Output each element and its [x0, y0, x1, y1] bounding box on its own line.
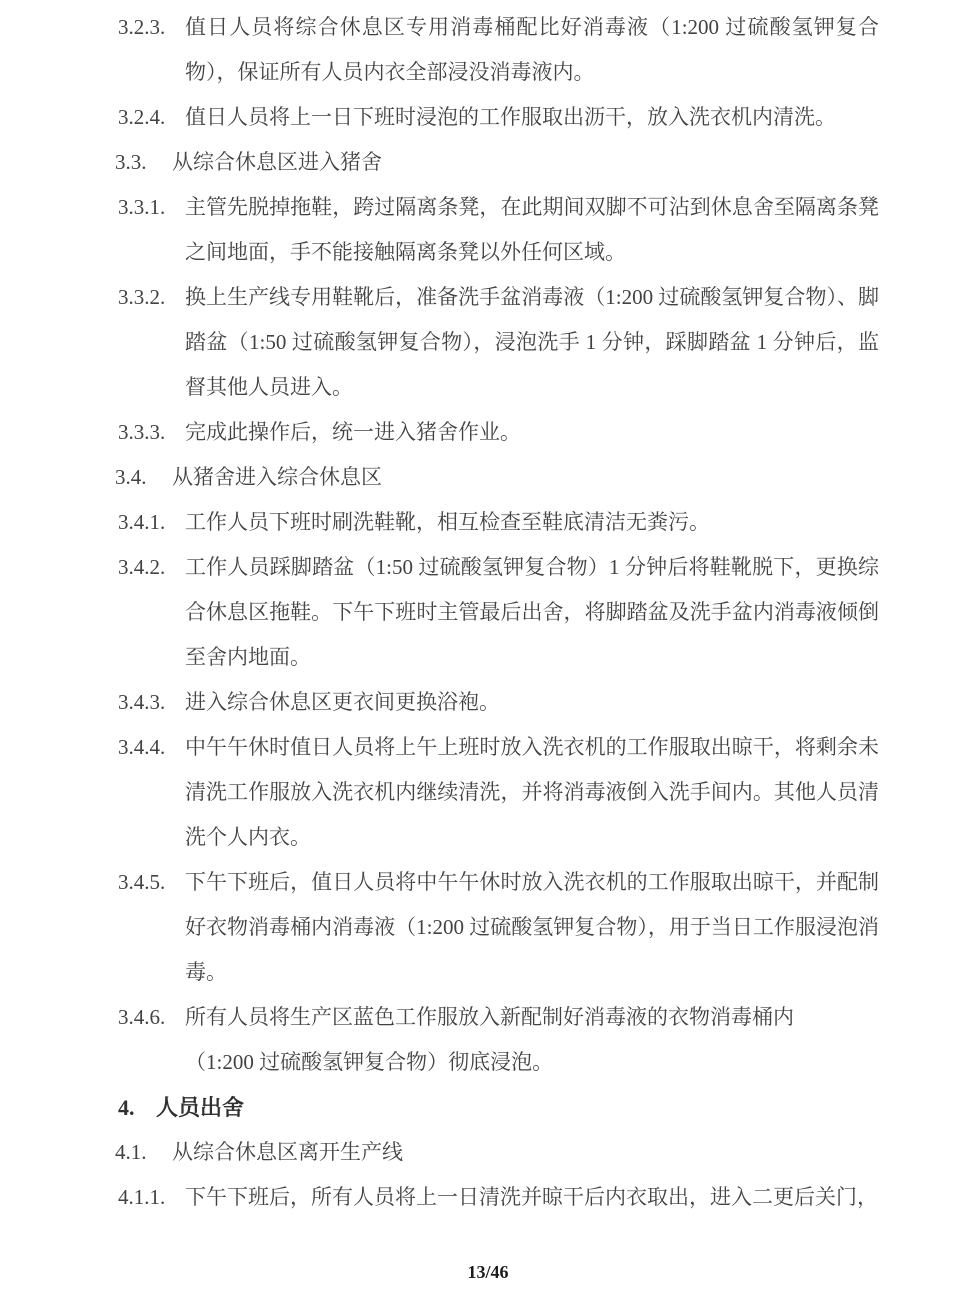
document-page: 3.2.3.值日人员将综合休息区专用消毒桶配比好消毒液（1:200 过硫酸氢钾复… — [0, 0, 976, 1302]
item-number: 3.4.5. — [118, 860, 165, 905]
item-text: 所有人员将生产区蓝色工作服放入新配制好消毒液的衣物消毒桶内 （1:200 过硫酸… — [185, 1005, 794, 1074]
item-text: 下午下班后，值日人员将中午午休时放入洗衣机的工作服取出晾干，并配制好衣物消毒桶内… — [185, 870, 879, 984]
document-body: 3.2.3.值日人员将综合休息区专用消毒桶配比好消毒液（1:200 过硫酸氢钾复… — [0, 5, 976, 1220]
list-item: 3.4.6.所有人员将生产区蓝色工作服放入新配制好消毒液的衣物消毒桶内 （1:2… — [0, 995, 976, 1085]
list-item: 3.2.3.值日人员将综合休息区专用消毒桶配比好消毒液（1:200 过硫酸氢钾复… — [0, 5, 976, 95]
item-text: 值日人员将综合休息区专用消毒桶配比好消毒液（1:200 过硫酸氢钾复合物），保证… — [185, 15, 879, 84]
list-item: 3.3.1.主管先脱掉拖鞋，跨过隔离条凳，在此期间双脚不可沾到休息舍至隔离条凳之… — [0, 185, 976, 275]
item-number: 3.4.2. — [118, 545, 165, 590]
item-number: 4.1.1. — [118, 1175, 165, 1220]
list-item: 3.4.2.工作人员踩脚踏盆（1:50 过硫酸氢钾复合物）1 分钟后将鞋靴脱下，… — [0, 545, 976, 680]
item-number: 3.2.3. — [118, 5, 165, 50]
list-item: 3.3.3.完成此操作后，统一进入猪舍作业。 — [0, 410, 976, 455]
item-number: 3.2.4. — [118, 95, 165, 140]
item-number: 3.4.6. — [118, 995, 165, 1040]
item-number: 3.3.2. — [118, 275, 165, 320]
list-item: 3.3.2.换上生产线专用鞋靴后，准备洗手盆消毒液（1:200 过硫酸氢钾复合物… — [0, 275, 976, 410]
item-text: 中午午休时值日人员将上午上班时放入洗衣机的工作服取出晾干，将剩余未清洗工作服放入… — [185, 735, 879, 849]
item-text: 从综合休息区离开生产线 — [172, 1140, 403, 1164]
list-item: 3.2.4.值日人员将上一日下班时浸泡的工作服取出沥干，放入洗衣机内清洗。 — [0, 95, 976, 140]
list-item: 3.4.3.进入综合休息区更衣间更换浴袍。 — [0, 680, 976, 725]
item-text: 从综合休息区进入猪舍 — [172, 150, 382, 174]
item-number: 3.3. — [115, 140, 147, 185]
item-number: 3.4.1. — [118, 500, 165, 545]
section-heading: 4.人员出舍 — [0, 1085, 976, 1130]
item-text: 下午下班后，所有人员将上一日清洗并晾干后内衣取出，进入二更后关门， — [185, 1185, 878, 1209]
item-number: 3.3.1. — [118, 185, 165, 230]
list-item: 3.4.4.中午午休时值日人员将上午上班时放入洗衣机的工作服取出晾干，将剩余未清… — [0, 725, 976, 860]
list-item: 3.4.1.工作人员下班时刷洗鞋靴，相互检查至鞋底清洁无粪污。 — [0, 500, 976, 545]
item-text: 工作人员踩脚踏盆（1:50 过硫酸氢钾复合物）1 分钟后将鞋靴脱下，更换综合休息… — [185, 555, 879, 669]
page-number: 13/46 — [467, 1262, 508, 1282]
item-number: 3.4.4. — [118, 725, 165, 770]
item-number: 4.1. — [115, 1130, 147, 1175]
item-text: 从猪舍进入综合休息区 — [172, 465, 382, 489]
item-text: 主管先脱掉拖鞋，跨过隔离条凳，在此期间双脚不可沾到休息舍至隔离条凳之间地面，手不… — [185, 195, 879, 264]
item-text: 人员出舍 — [156, 1095, 244, 1120]
item-text: 完成此操作后，统一进入猪舍作业。 — [185, 420, 521, 444]
item-number: 4. — [118, 1085, 135, 1130]
list-item: 4.1.1.下午下班后，所有人员将上一日清洗并晾干后内衣取出，进入二更后关门， — [0, 1175, 976, 1220]
item-number: 3.3.3. — [118, 410, 165, 455]
page-footer: 13/46 — [0, 1258, 976, 1286]
item-number: 3.4.3. — [118, 680, 165, 725]
subsection-item: 4.1.从综合休息区离开生产线 — [0, 1130, 976, 1175]
item-text: 进入综合休息区更衣间更换浴袍。 — [185, 690, 500, 714]
item-text: 换上生产线专用鞋靴后，准备洗手盆消毒液（1:200 过硫酸氢钾复合物）、脚踏盆（… — [185, 285, 879, 399]
subsection-item: 3.4.从猪舍进入综合休息区 — [0, 455, 976, 500]
item-number: 3.4. — [115, 455, 147, 500]
item-text: 工作人员下班时刷洗鞋靴，相互检查至鞋底清洁无粪污。 — [185, 510, 710, 534]
list-item: 3.4.5.下午下班后，值日人员将中午午休时放入洗衣机的工作服取出晾干，并配制好… — [0, 860, 976, 995]
item-text: 值日人员将上一日下班时浸泡的工作服取出沥干，放入洗衣机内清洗。 — [185, 105, 836, 129]
subsection-item: 3.3.从综合休息区进入猪舍 — [0, 140, 976, 185]
